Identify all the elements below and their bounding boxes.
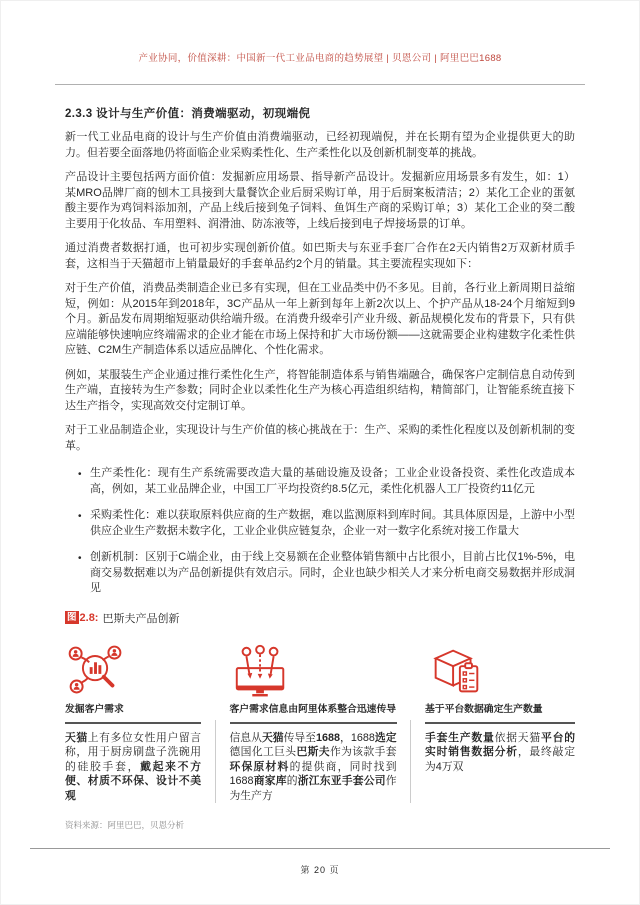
- package-checklist-icon: [425, 644, 575, 698]
- figure-label-box: 图: [65, 611, 79, 625]
- bullet-item: 生产柔性化：现有生产系统需要改造大量的基础设施及设备；工业企业设备投资、柔性化改…: [65, 466, 575, 497]
- running-header: 产业协同，价值深耕：中国新一代工业品电商的趋势展望 | 贝恩公司 | 阿里巴巴1…: [65, 0, 575, 64]
- header-divider: [55, 84, 585, 85]
- paragraph: 对于工业品制造企业，实现设计与生产价值的核心挑战在于：生产、采购的柔性化程度以及…: [65, 423, 575, 454]
- figure-number: 2.8:: [80, 612, 99, 624]
- source-note: 资料来源：阿里巴巴，贝恩分析: [65, 819, 575, 831]
- figure-column-customer-demand: 发掘客户需求 天猫上有多位女性用户留言称，用于厨房刷盘子洗碗用的硅胶手套，戴起来…: [65, 644, 201, 804]
- column-divider: [215, 720, 216, 804]
- monitor-data-inflow-icon: [230, 644, 397, 698]
- footer-divider: [30, 848, 610, 849]
- paragraph: 对于生产价值，消费品类制造企业已多有实现，但在工业品类中仍不多见。目前，各行业上…: [65, 281, 575, 359]
- column-divider: [410, 720, 411, 804]
- column-title: 发掘客户需求: [65, 704, 201, 724]
- column-text: 天猫上有多位女性用户留言称，用于厨房刷盘子洗碗用的硅胶手套，戴起来不方便、材质不…: [65, 731, 201, 804]
- figure-title: 巴斯夫产品创新: [102, 610, 179, 626]
- column-text: 信息从天猫传导至1688，1688选定德国化工巨头巴斯夫作为该款手套环保原材料的…: [230, 731, 397, 804]
- column-title: 客户需求信息由阿里体系整合迅速传导: [230, 704, 397, 724]
- report-page: 产业协同，价值深耕：中国新一代工业品电商的趋势展望 | 贝恩公司 | 阿里巴巴1…: [0, 0, 640, 905]
- bullet-item: 采购柔性化：难以获取原料供应商的生产数据，难以监测原料到库时间。其具体原因是，上…: [65, 508, 575, 539]
- page-number: 第 20 页: [0, 863, 640, 876]
- section-heading: 2.3.3 设计与生产价值：消费端驱动，初现端倪: [65, 105, 575, 121]
- column-title: 基于平台数据确定生产数量: [425, 704, 575, 724]
- magnifier-users-icon: [65, 644, 201, 698]
- paragraph: 新一代工业品电商的设计与生产价值由消费端驱动，已经初现端倪，并在长期有望为企业提…: [65, 130, 575, 161]
- bullet-list: 生产柔性化：现有生产系统需要改造大量的基础设施及设备；工业企业设备投资、柔性化改…: [65, 466, 575, 597]
- figure-column-production-quantity: 基于平台数据确定生产数量 手套生产数量依据天猫平台的实时销售数据分析，最终敲定为…: [425, 644, 575, 804]
- paragraph: 产品设计主要包括两方面价值：发掘新应用场景、指导新产品设计。发掘新应用场景多有发…: [65, 170, 575, 232]
- paragraph: 例如，某服装生产企业通过推行柔性化生产，将智能制造体系与销售端融合，确保客户定制…: [65, 368, 575, 415]
- bullet-item: 创新机制：区别于C端企业，由于线上交易额在企业整体销售额中占比很小，目前占比仅1…: [65, 550, 575, 597]
- column-text: 手套生产数量依据天猫平台的实时销售数据分析，最终敲定为4万双: [425, 731, 575, 775]
- figure-column-info-transfer: 客户需求信息由阿里体系整合迅速传导 信息从天猫传导至1688，1688选定德国化…: [230, 644, 397, 804]
- paragraph: 通过消费者数据打通，也可初步实现创新价值。如巴斯夫与东亚手套厂合作在2天内销售2…: [65, 241, 575, 272]
- figure-caption: 图 2.8: 巴斯夫产品创新: [65, 610, 575, 626]
- figure-columns: 发掘客户需求 天猫上有多位女性用户留言称，用于厨房刷盘子洗碗用的硅胶手套，戴起来…: [65, 644, 575, 804]
